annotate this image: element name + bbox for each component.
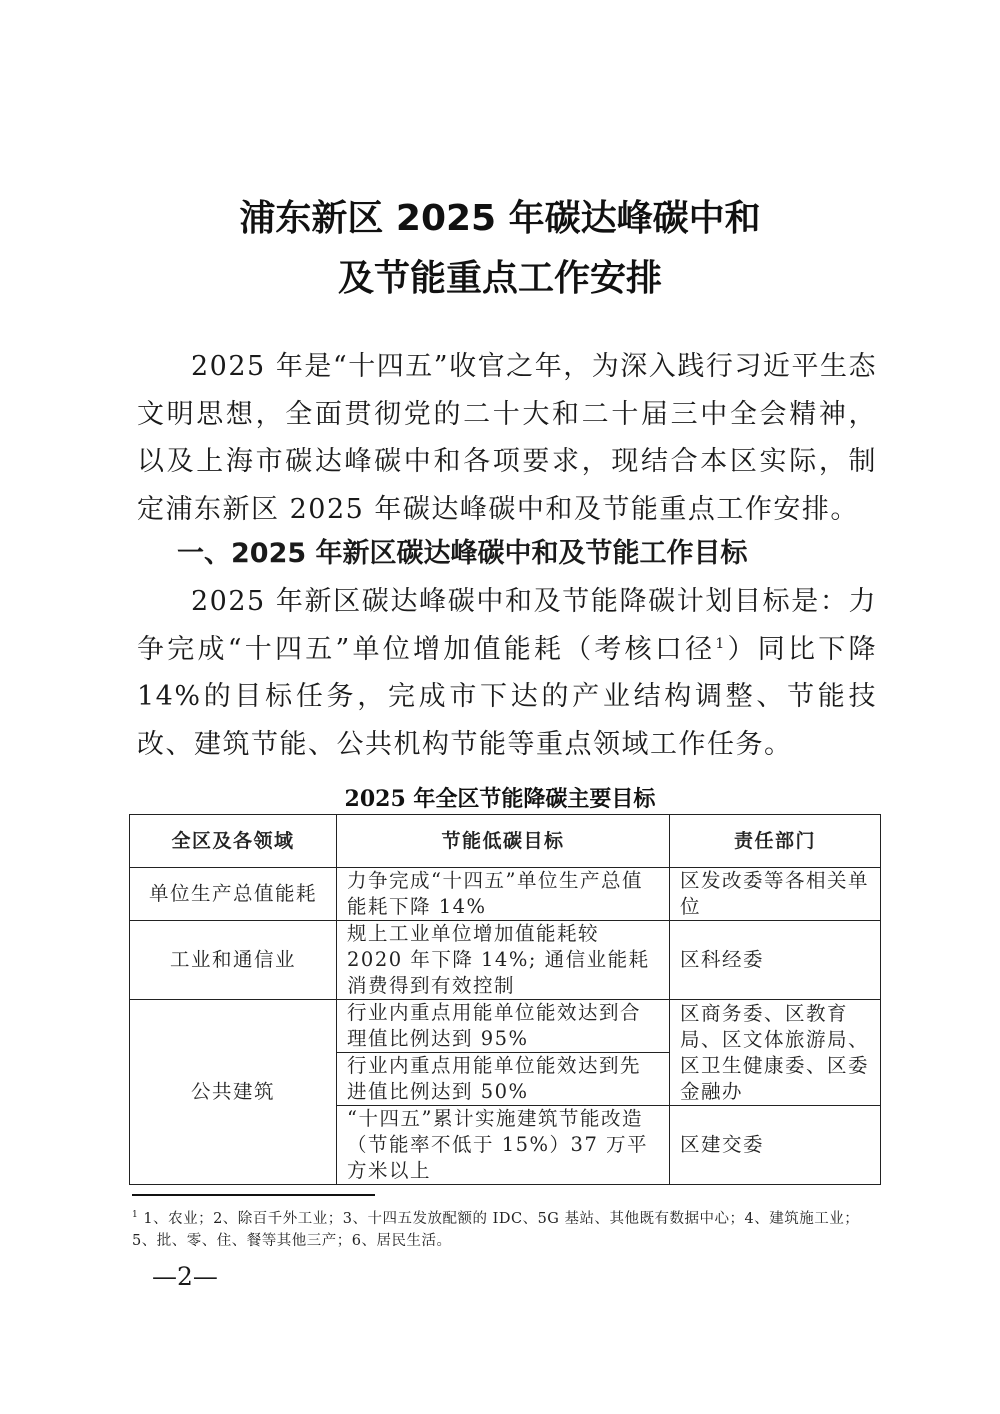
- goal-cell: “十四五”累计实施建筑节能改造（节能率不低于 15%）37 万平方米以上: [337, 1106, 670, 1185]
- document-title-line-1: 浦东新区 2025 年碳达峰碳中和: [0, 190, 1000, 241]
- table-caption: 2025 年全区节能降碳主要目标: [0, 782, 1000, 813]
- energy-goals-table: 全区及各领域 节能低碳目标 责任部门 单位生产总值能耗 力争完成“十四五”单位生…: [129, 814, 881, 1185]
- department-cell: 区建交委: [670, 1106, 881, 1185]
- domain-cell: 公共建筑: [130, 1000, 337, 1185]
- column-header-goal: 节能低碳目标: [337, 815, 670, 868]
- page-number: —2—: [152, 1262, 218, 1291]
- department-cell: 区发改委等各相关单位: [670, 868, 881, 921]
- goal-cell: 力争完成“十四五”单位生产总值能耗下降 14%: [337, 868, 670, 921]
- domain-cell: 单位生产总值能耗: [130, 868, 337, 921]
- table-header-row: 全区及各领域 节能低碳目标 责任部门: [130, 815, 881, 868]
- department-cell: 区科经委: [670, 921, 881, 1000]
- footnote-reference: 1: [715, 636, 725, 652]
- section-1-paragraph: 2025 年新区碳达峰碳中和及节能降碳计划目标是：力争完成“十四五”单位增加值能…: [137, 578, 877, 768]
- goal-cell: 规上工业单位增加值能耗较 2020 年下降 14%; 通信业能耗消费得到有效控制: [337, 921, 670, 1000]
- section-1-heading: 一、2025 年新区碳达峰碳中和及节能工作目标: [137, 530, 877, 578]
- document-title-line-2: 及节能重点工作安排: [0, 250, 1000, 301]
- document-page: 浦东新区 2025 年碳达峰碳中和 及节能重点工作安排 2025 年是“十四五”…: [0, 0, 1000, 1414]
- table-row: 工业和通信业 规上工业单位增加值能耗较 2020 年下降 14%; 通信业能耗消…: [130, 921, 881, 1000]
- footnote: 1 1、农业；2、除百千外工业；3、十四五发放配额的 IDC、5G 基站、其他既…: [132, 1208, 882, 1252]
- footnote-divider: [132, 1194, 375, 1196]
- table-row: 公共建筑 行业内重点用能单位能效达到合理值比例达到 95% 区商务委、区教育局、…: [130, 1000, 881, 1053]
- goal-cell: 行业内重点用能单位能效达到先进值比例达到 50%: [337, 1053, 670, 1106]
- footnote-text: 1、农业；2、除百千外工业；3、十四五发放配额的 IDC、5G 基站、其他既有数…: [132, 1211, 859, 1249]
- domain-cell: 工业和通信业: [130, 921, 337, 1000]
- department-cell: 区商务委、区教育局、区文体旅游局、区卫生健康委、区委金融办: [670, 1000, 881, 1106]
- goal-cell: 行业内重点用能单位能效达到合理值比例达到 95%: [337, 1000, 670, 1053]
- table-row: 单位生产总值能耗 力争完成“十四五”单位生产总值能耗下降 14% 区发改委等各相…: [130, 868, 881, 921]
- column-header-department: 责任部门: [670, 815, 881, 868]
- column-header-domain: 全区及各领域: [130, 815, 337, 868]
- intro-paragraph: 2025 年是“十四五”收官之年，为深入践行习近平生态文明思想，全面贯彻党的二十…: [137, 343, 877, 533]
